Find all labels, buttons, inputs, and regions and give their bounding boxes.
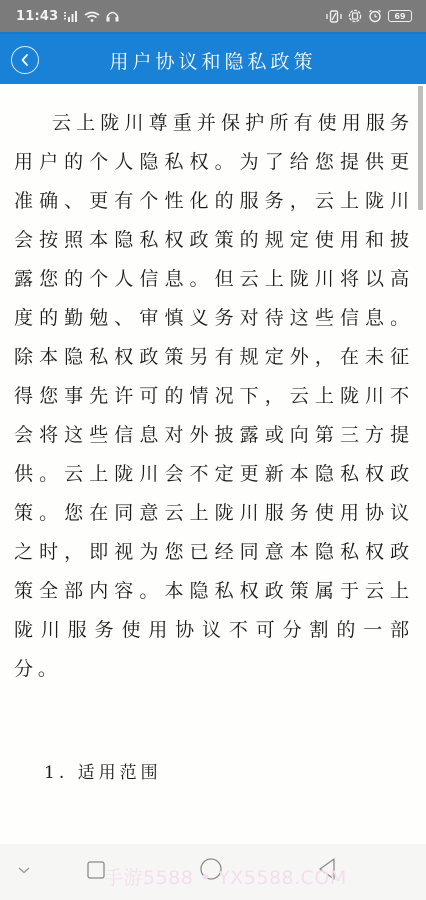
- signal-icon: [64, 11, 78, 22]
- recent-apps-button[interactable]: [84, 858, 108, 882]
- status-left: 11:43: [16, 9, 119, 24]
- status-right: 69: [326, 9, 412, 23]
- recent-apps-icon: [86, 860, 106, 880]
- battery-icon: 69: [388, 10, 412, 22]
- section-heading-scope: 1. 适用范围: [44, 758, 162, 783]
- chevron-down-icon: [17, 865, 31, 875]
- location-icon: [348, 9, 362, 23]
- headset-icon: [106, 10, 119, 22]
- page-title: 用户协议和隐私政策: [0, 47, 426, 74]
- hide-nav-button[interactable]: [14, 860, 34, 880]
- back-triangle-icon: [316, 857, 338, 881]
- home-button[interactable]: [198, 856, 224, 882]
- policy-content[interactable]: 云上陇川尊重并保护所有使用服务用户的个人隐私权。为了给您提供更准确、更有个性化的…: [0, 84, 426, 844]
- watermark: 手游5588 • YX5588.COM: [104, 863, 347, 890]
- status-bar: 11:43: [0, 0, 426, 32]
- system-nav-bar: 手游5588 • YX5588.COM: [0, 844, 426, 900]
- alarm-icon: [368, 9, 382, 23]
- wifi-icon: [84, 11, 100, 22]
- battery-level: 69: [394, 12, 405, 21]
- privacy-intro-paragraph: 云上陇川尊重并保护所有使用服务用户的个人隐私权。为了给您提供更准确、更有个性化的…: [14, 104, 414, 689]
- nav-back-button[interactable]: [314, 856, 340, 882]
- app-header: 用户协议和隐私政策: [0, 32, 426, 84]
- vibrate-icon: [326, 10, 342, 23]
- home-icon: [199, 857, 223, 881]
- scrollbar[interactable]: [418, 86, 423, 210]
- status-time: 11:43: [16, 9, 58, 24]
